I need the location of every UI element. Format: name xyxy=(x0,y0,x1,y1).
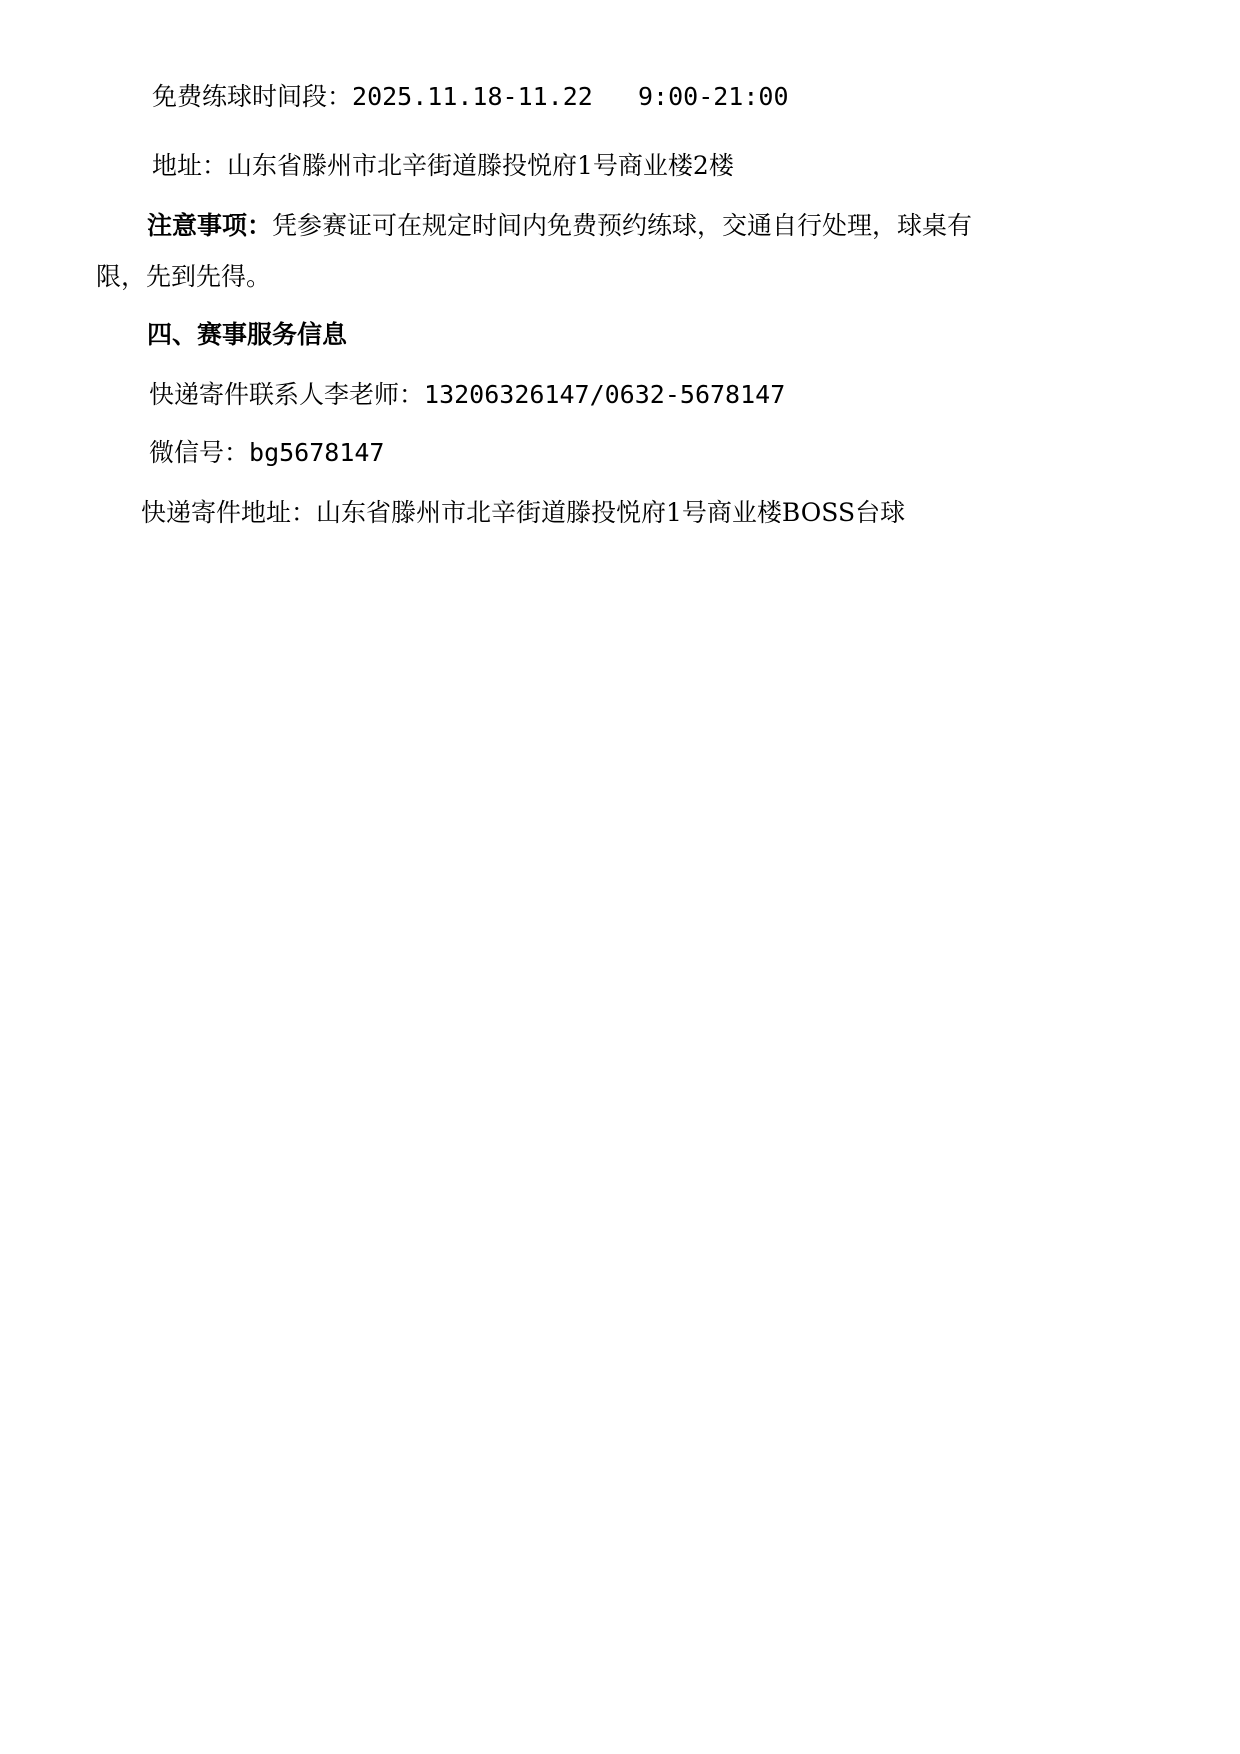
practice-time-label: 免费练球时间段： xyxy=(152,82,352,111)
mail-address-label: 快递寄件地址： xyxy=(141,498,316,527)
practice-address-label: 地址： xyxy=(152,151,227,180)
contact-label: 快递寄件联系人李老师： xyxy=(149,380,424,409)
contact-phone: 13206326147/0632-5678147 xyxy=(424,380,785,409)
wechat-id: bg5678147 xyxy=(249,438,384,467)
notice-text-1: 凭参赛证可在规定时间内免费预约练球，交通自行处理，球桌有 xyxy=(272,211,972,240)
mail-address-line: 快递寄件地址：山东省滕州市北辛街道滕投悦府1号商业楼BOSS台球 xyxy=(141,498,905,528)
wechat-line: 微信号：bg5678147 xyxy=(149,438,384,468)
practice-address-value: 山东省滕州市北辛街道滕投悦府1号商业楼2楼 xyxy=(227,151,734,180)
document-page: 免费练球时间段：2025.11.18-11.22 9:00-21:00 地址：山… xyxy=(0,0,1240,1754)
notice-text-2: 限，先到先得。 xyxy=(96,262,271,291)
mail-address-value: 山东省滕州市北辛街道滕投悦府1号商业楼BOSS台球 xyxy=(316,498,905,527)
contact-line: 快递寄件联系人李老师：13206326147/0632-5678147 xyxy=(149,380,785,410)
notice-line-1: 注意事项：凭参赛证可在规定时间内免费预约练球，交通自行处理，球桌有 xyxy=(147,211,972,241)
notice-line-2: 限，先到先得。 xyxy=(96,262,271,292)
practice-time-value: 2025.11.18-11.22 9:00-21:00 xyxy=(352,82,789,111)
section-heading: 四、赛事服务信息 xyxy=(147,320,347,350)
practice-time-line: 免费练球时间段：2025.11.18-11.22 9:00-21:00 xyxy=(152,82,789,112)
practice-address-line: 地址：山东省滕州市北辛街道滕投悦府1号商业楼2楼 xyxy=(152,151,734,181)
wechat-label: 微信号： xyxy=(149,438,249,467)
notice-label: 注意事项： xyxy=(147,211,272,240)
